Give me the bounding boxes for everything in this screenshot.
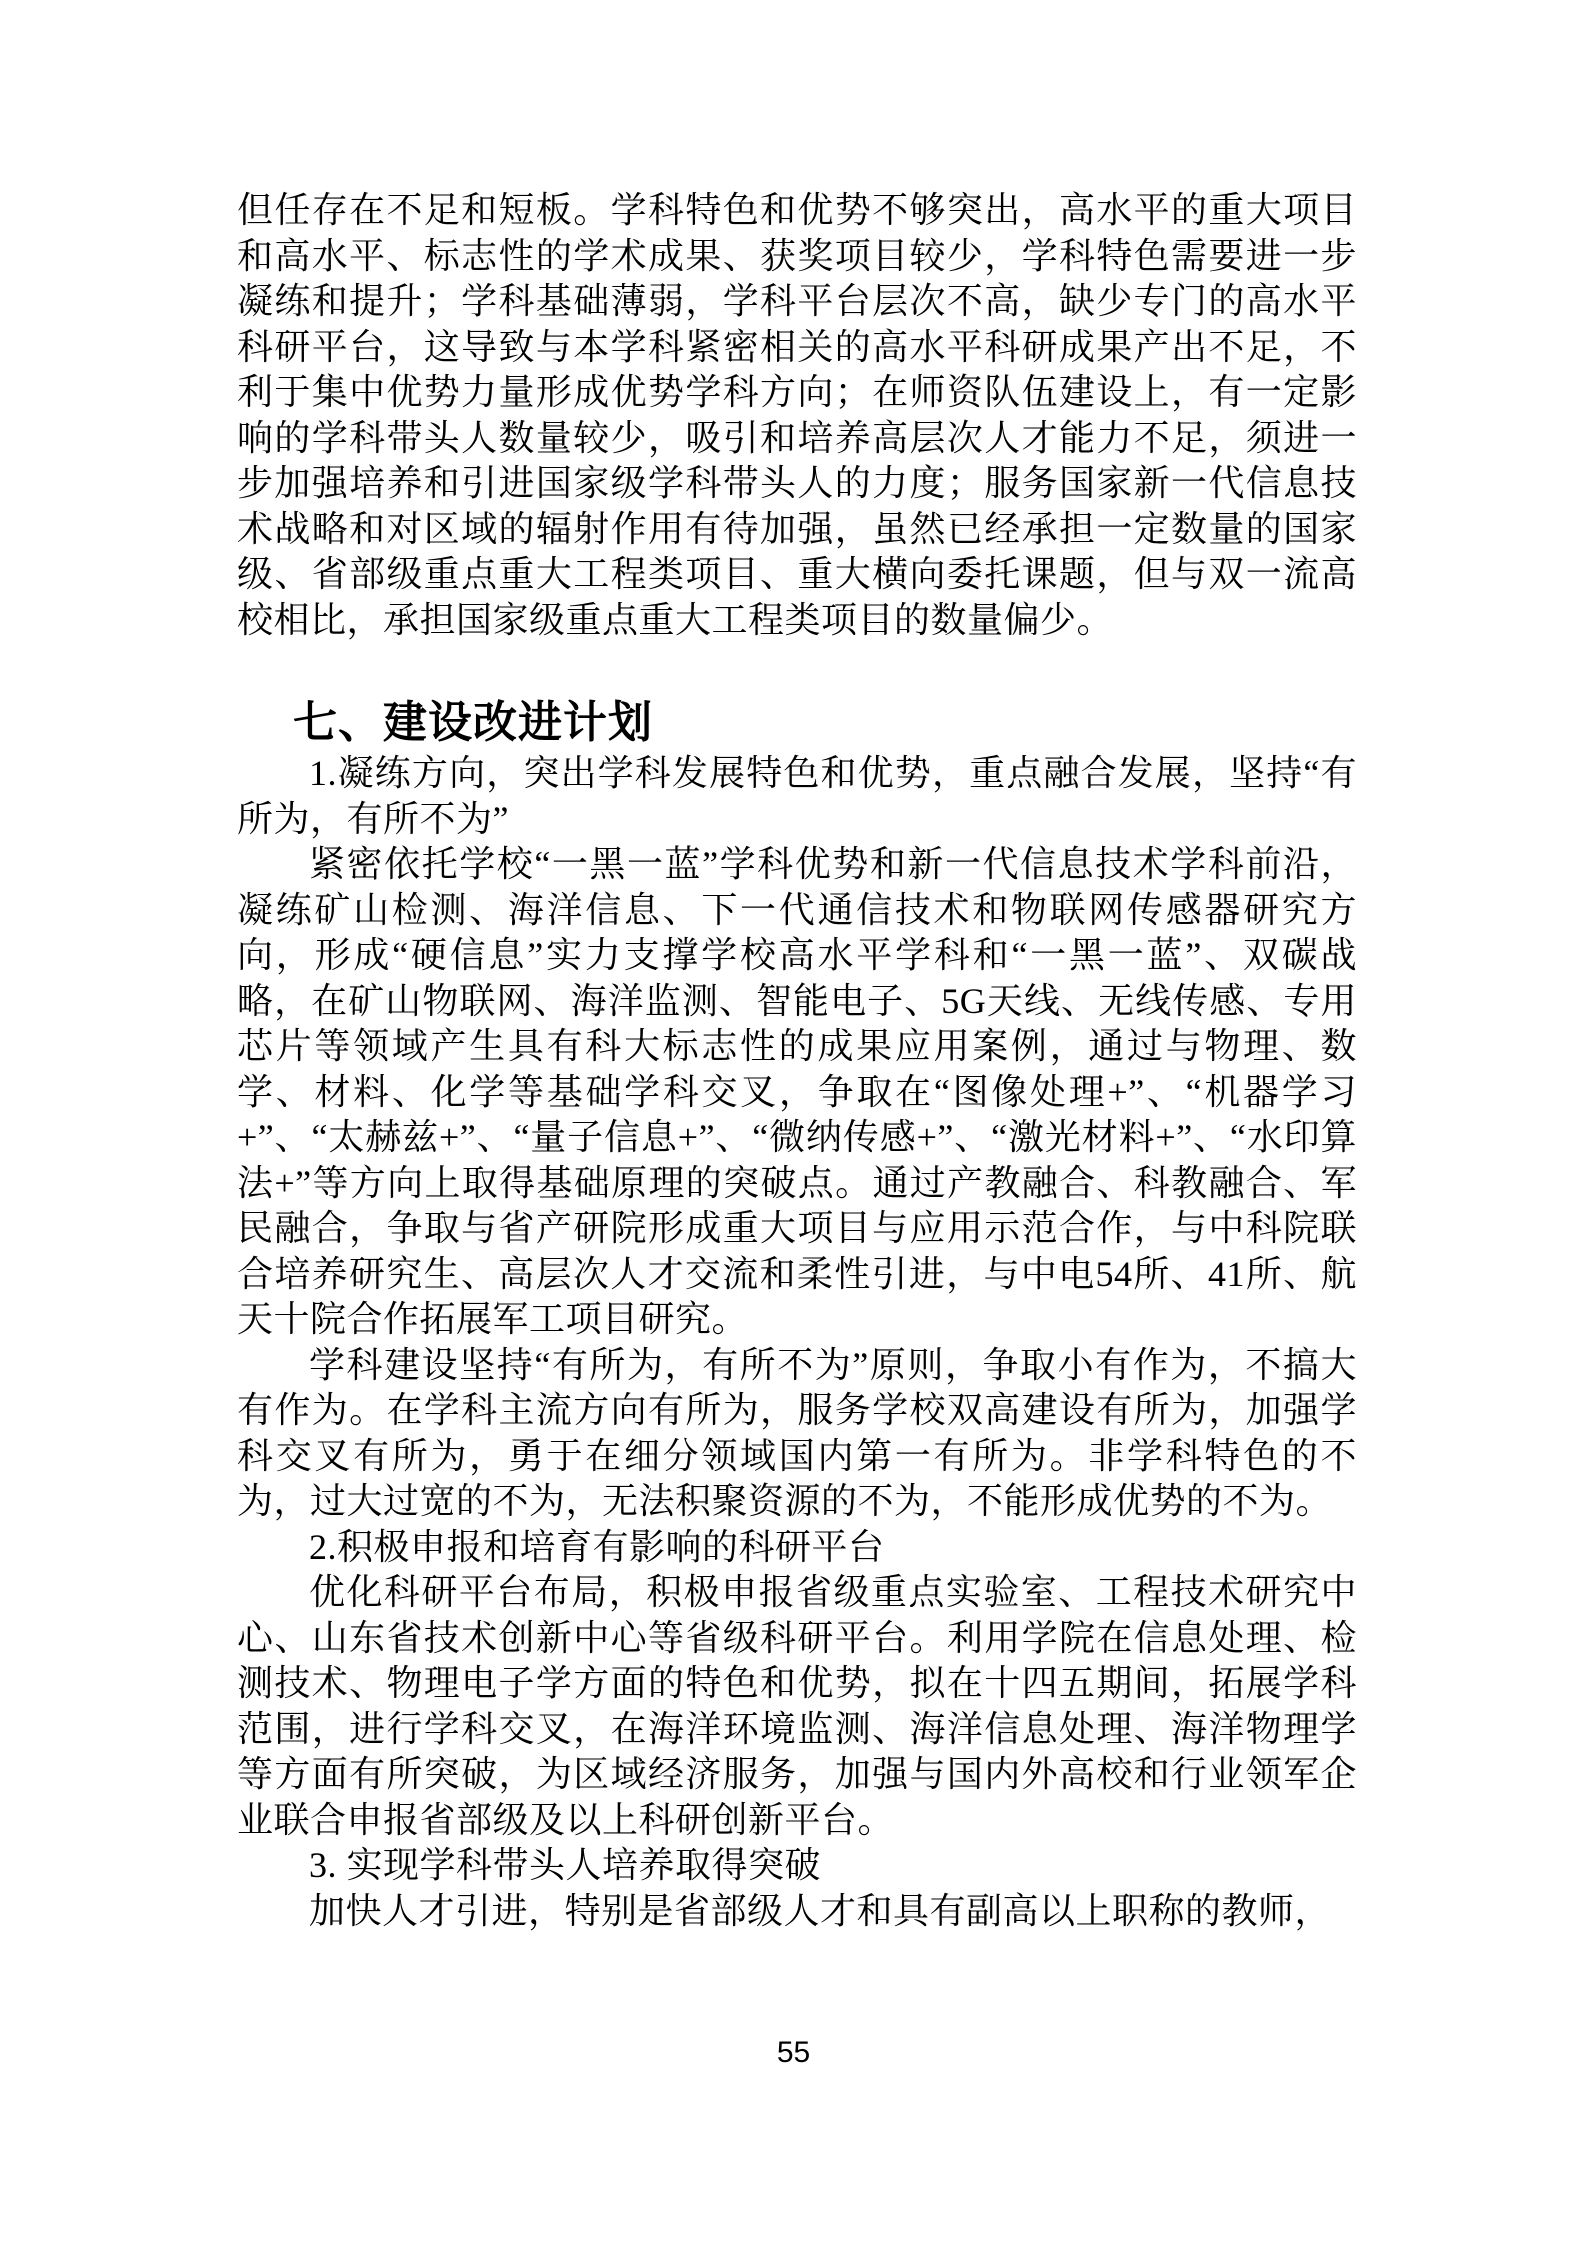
- paragraph: 优化科研平台布局，积极申报省级重点实验室、工程技术研究中心、山东省技术创新中心等…: [237, 1570, 1357, 1843]
- paragraph: 2.积极申报和培育有影响的科研平台: [237, 1525, 1357, 1571]
- section-heading: 七、建设改进计划: [293, 695, 1357, 751]
- paragraph: 3. 实现学科带头人培养取得突破: [237, 1843, 1357, 1889]
- document-page: 但任存在不足和短板。学科特色和优势不够突出，高水平的重大项目和高水平、标志性的学…: [0, 0, 1587, 2245]
- paragraph: 但任存在不足和短板。学科特色和优势不够突出，高水平的重大项目和高水平、标志性的学…: [237, 188, 1357, 643]
- paragraph: 1.凝练方向，突出学科发展特色和优势，重点融合发展，坚持“有所为，有所不为”: [237, 751, 1357, 842]
- document-text-block: 但任存在不足和短板。学科特色和优势不够突出，高水平的重大项目和高水平、标志性的学…: [237, 188, 1357, 1934]
- paragraph: 学科建设坚持“有所为，有所不为”原则，争取小有作为，不搞大有作为。在学科主流方向…: [237, 1343, 1357, 1525]
- page-number: 55: [0, 2036, 1587, 2070]
- paragraph: 加快人才引进，特别是省部级人才和具有副高以上职称的教师，: [237, 1889, 1357, 1935]
- paragraph: 紧密依托学校“一黑一蓝”学科优势和新一代信息技术学科前沿，凝练矿山检测、海洋信息…: [237, 842, 1357, 1343]
